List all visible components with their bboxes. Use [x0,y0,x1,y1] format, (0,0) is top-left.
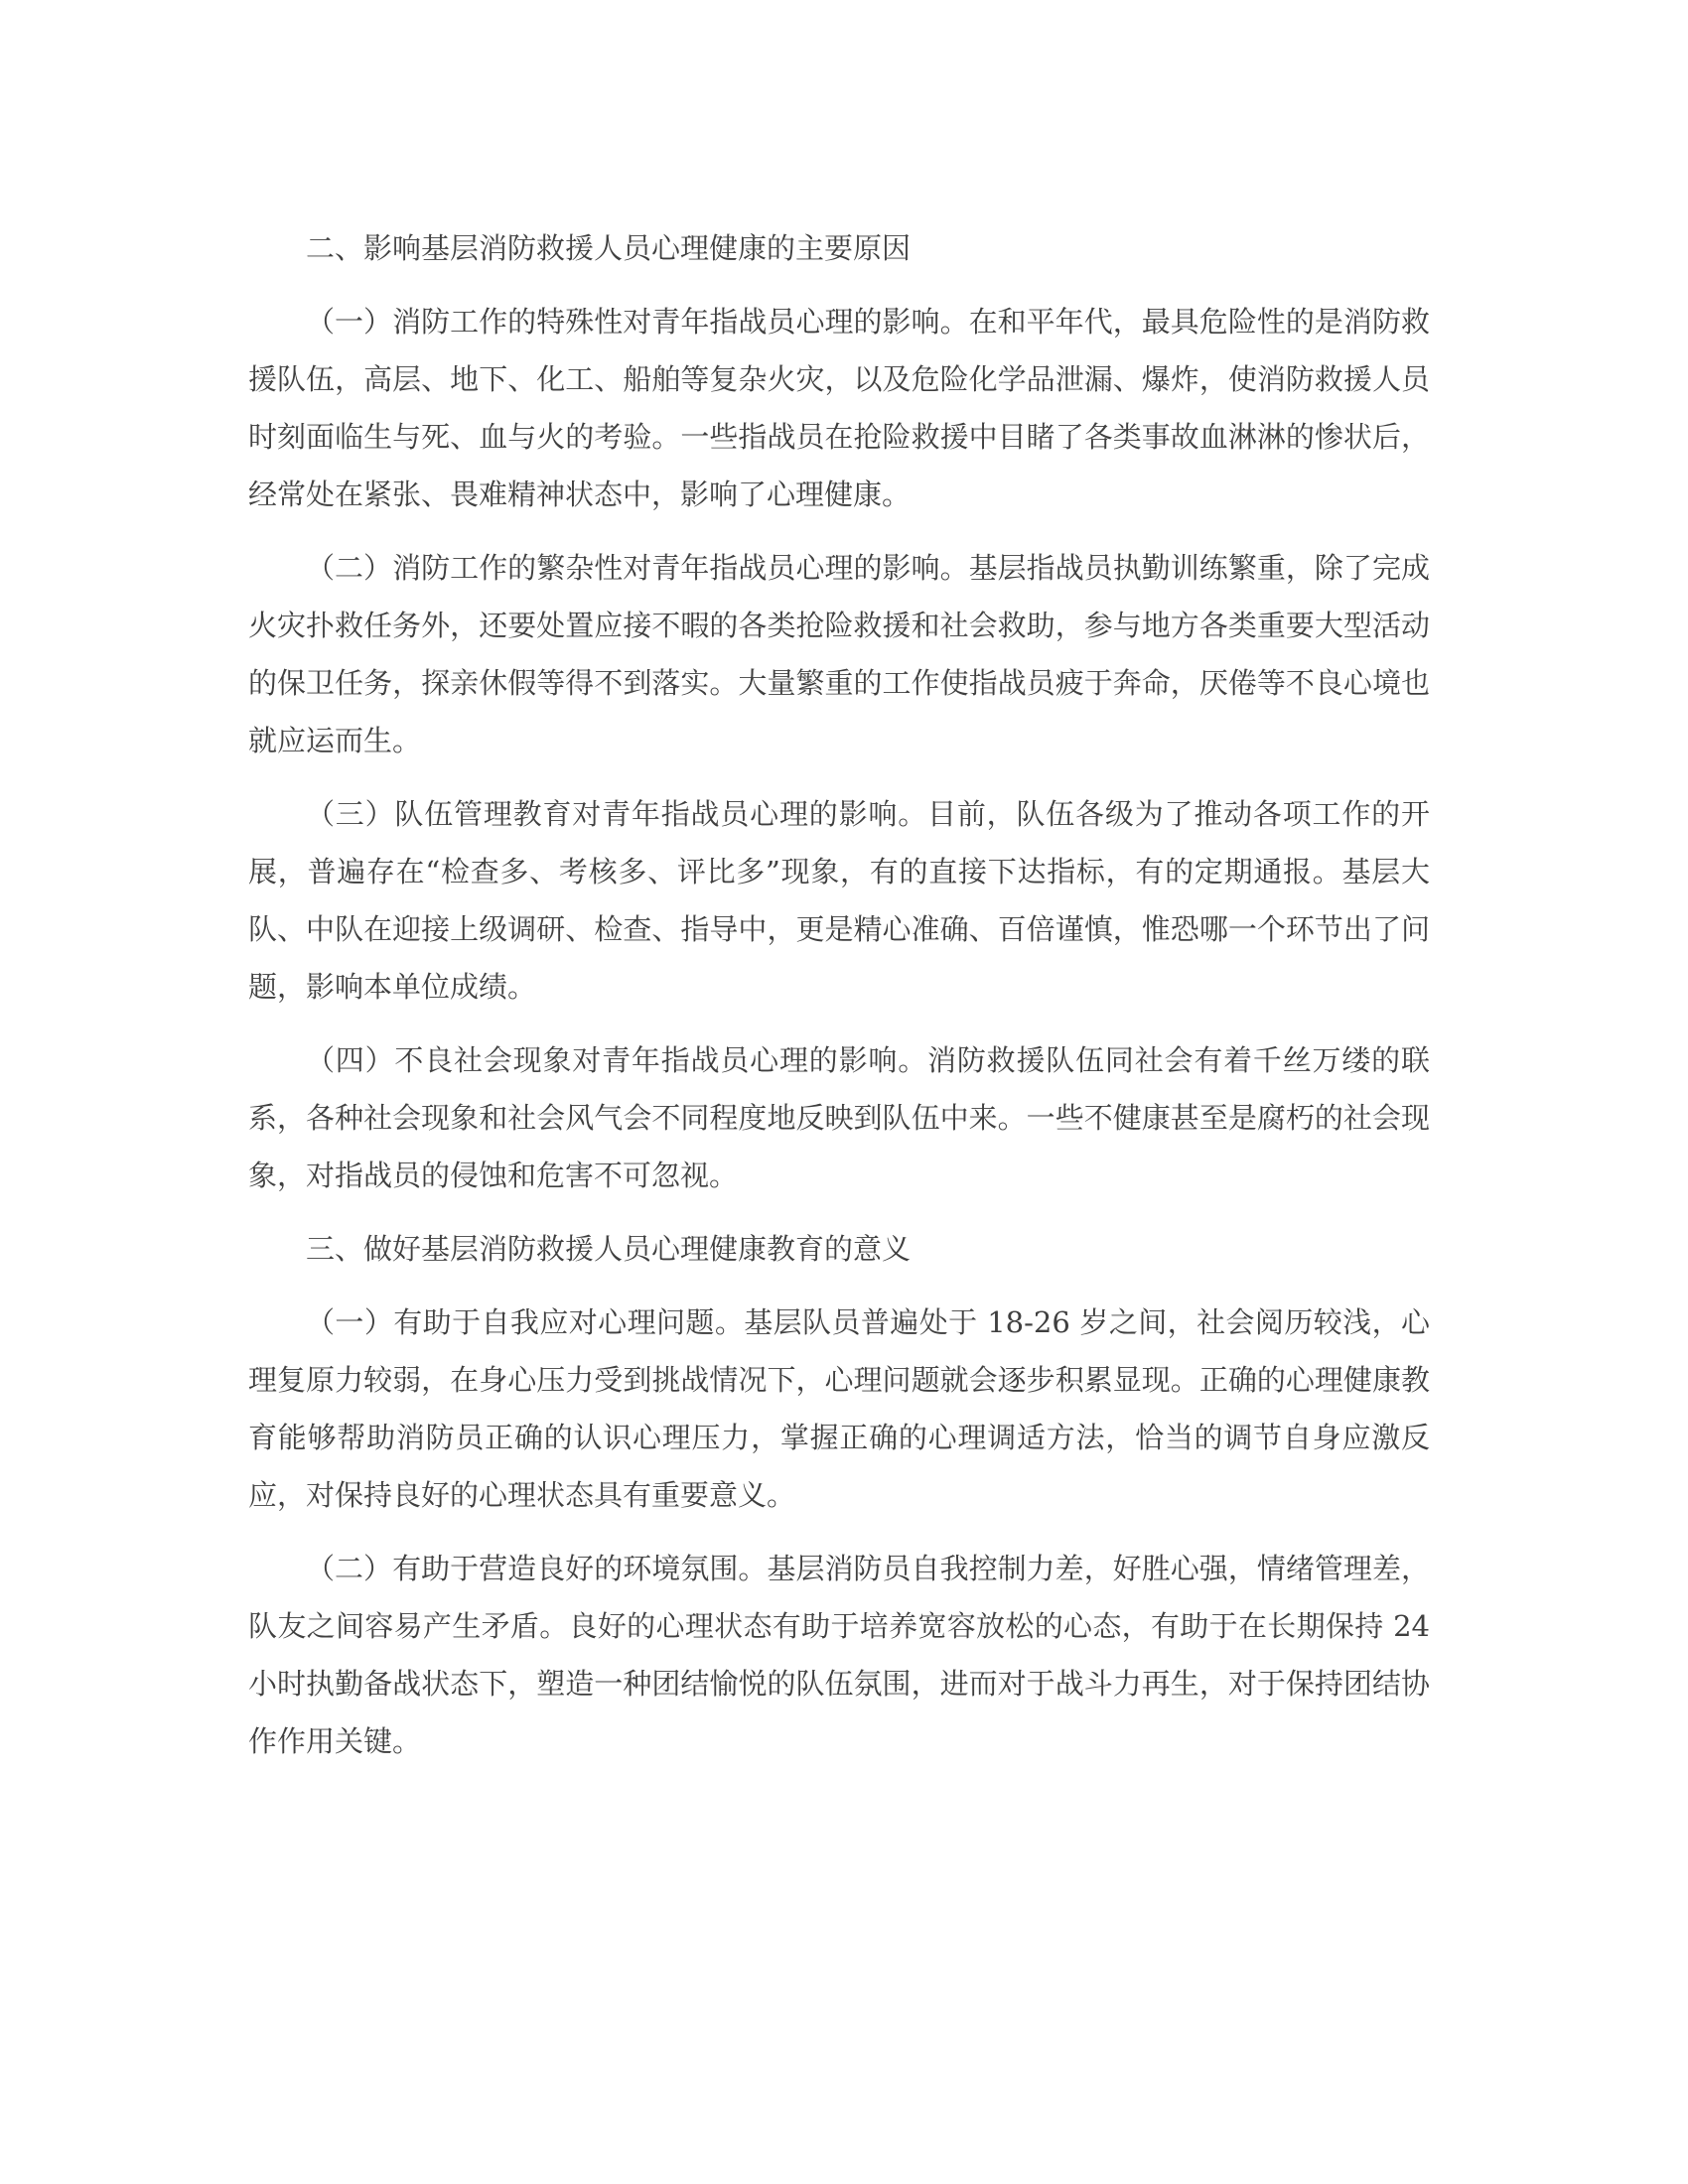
paragraph-reason-4: （四）不良社会现象对青年指战员心理的影响。消防救援队伍同社会有着千丝万缕的联系，… [248,1031,1430,1204]
paragraph-significance-2: （二）有助于营造良好的环境氛围。基层消防员自我控制力差，好胜心强，情绪管理差，队… [248,1540,1430,1770]
section-heading-reasons: 二、影响基层消防救援人员心理健康的主要原因 [248,219,1430,277]
document-body: 二、影响基层消防救援人员心理健康的主要原因 （一）消防工作的特殊性对青年指战员心… [248,219,1430,1770]
paragraph-reason-3: （三）队伍管理教育对青年指战员心理的影响。目前，队伍各级为了推动各项工作的开展，… [248,785,1430,1016]
paragraph-significance-1: （一）有助于自我应对心理问题。基层队员普遍处于 18-26 岁之间，社会阅历较浅… [248,1294,1430,1524]
paragraph-reason-2: （二）消防工作的繁杂性对青年指战员心理的影响。基层指战员执勤训练繁重，除了完成火… [248,539,1430,769]
section-heading-significance: 三、做好基层消防救援人员心理健康教育的意义 [248,1220,1430,1278]
paragraph-reason-1: （一）消防工作的特殊性对青年指战员心理的影响。在和平年代，最具危险性的是消防救援… [248,293,1430,523]
document-page: 二、影响基层消防救援人员心理健康的主要原因 （一）消防工作的特殊性对青年指战员心… [0,0,1688,2184]
